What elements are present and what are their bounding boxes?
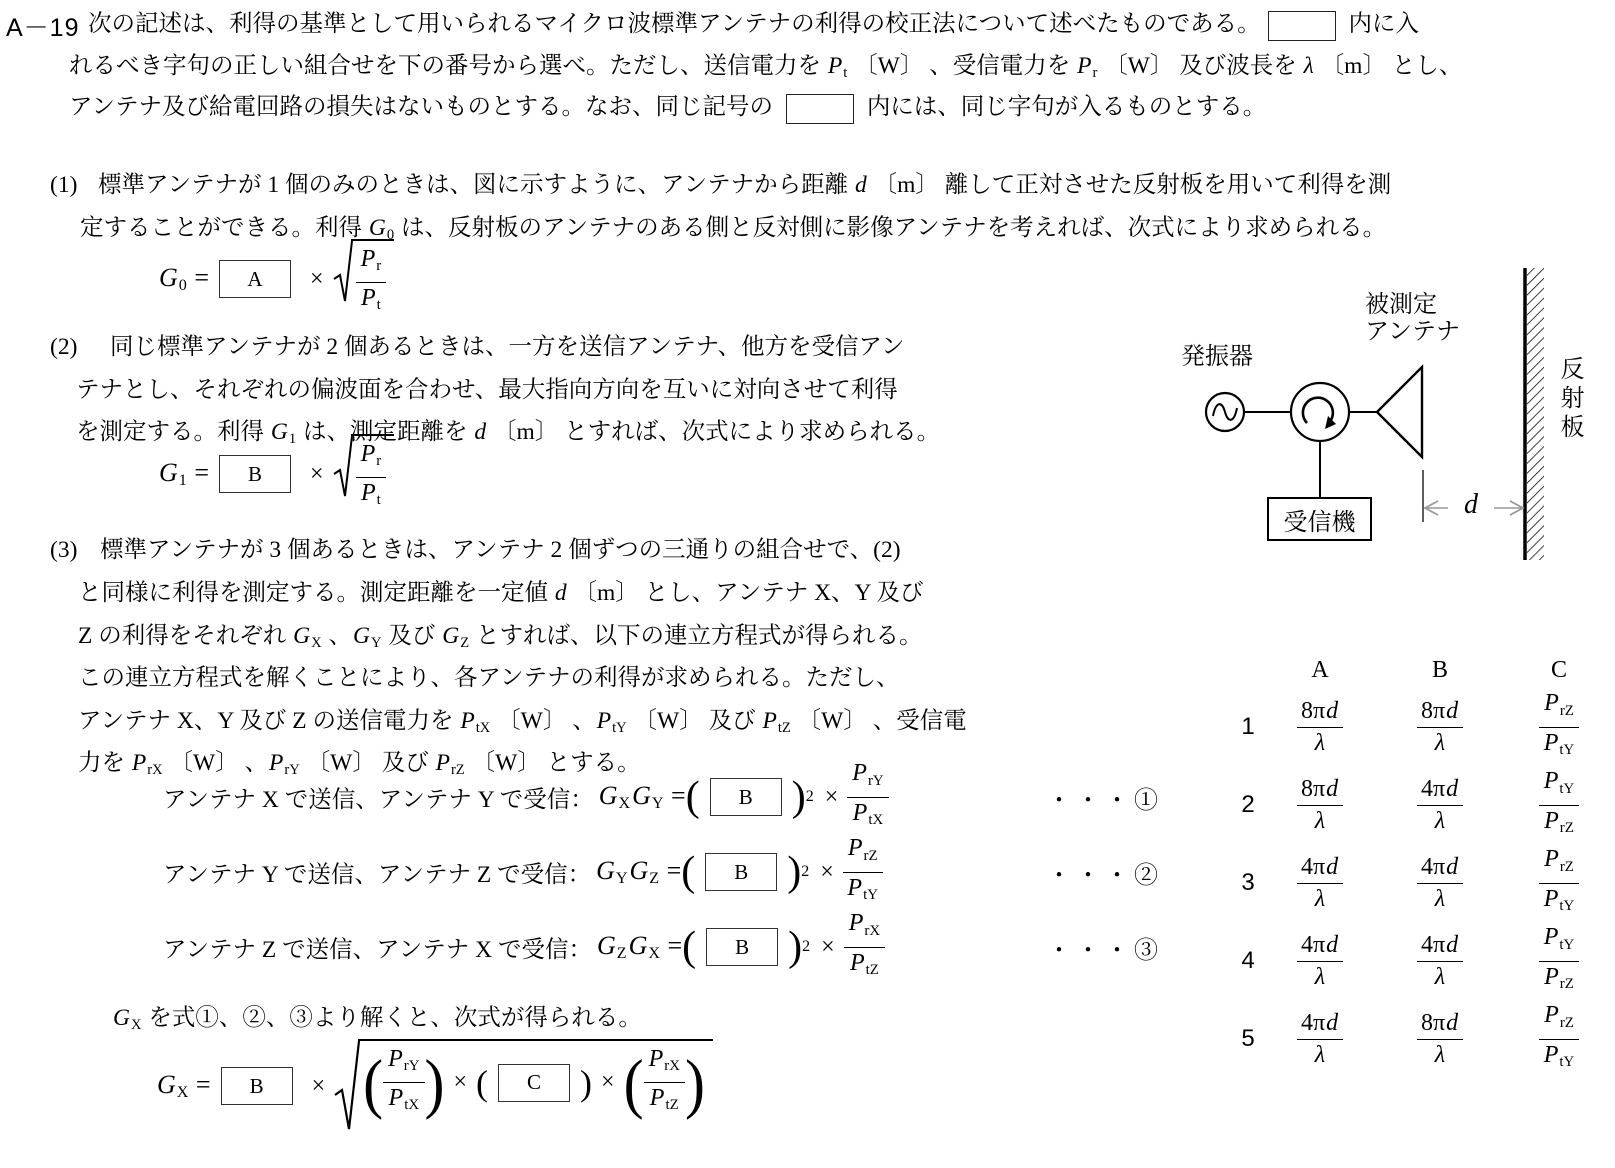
oscillator-label: 発振器 bbox=[1181, 344, 1253, 371]
item-3-line-1: 標準アンテナが 3 個あるときは、アンテナ 2 個ずつの三通りの組合せで、(2) bbox=[100, 535, 901, 565]
item-3-line-2: と同様に利得を測定する。測定距離を一定値 d 〔m〕 とし、アンテナ X、Y 及… bbox=[78, 578, 924, 608]
formula-g1-lhs: G1 = bbox=[158, 458, 209, 491]
sqrt-radical: Pr Pt bbox=[333, 434, 395, 514]
measurement-diagram: 発振器 被測定 アンテナ 受信機 反射板 d bbox=[1128, 258, 1615, 570]
answer-box-B: B bbox=[706, 928, 778, 966]
left-paren: ( bbox=[681, 851, 695, 893]
formula-gx-lhs: GX = bbox=[156, 1070, 211, 1103]
receiver-box: 受信機 bbox=[1267, 497, 1372, 541]
exponent-2: 2 bbox=[802, 938, 810, 956]
item-2-line-2: テナとし、それぞれの偏波面を合わせ、最大指向方向を互いに対向させて利得 bbox=[76, 375, 898, 405]
fraction-prx-ptz: PrX PtZ bbox=[644, 1046, 685, 1119]
right-paren: ) bbox=[580, 1065, 592, 1101]
times-sign: × bbox=[601, 1069, 615, 1096]
option-1-B: 8πdλ bbox=[1376, 688, 1504, 766]
left-paren: ( bbox=[682, 926, 696, 968]
answer-box-B: B bbox=[705, 853, 777, 891]
header-line-2: れるべき字句の正しい組合せを下の番号から選べ。ただし、送信電力を Pt 〔W〕 … bbox=[69, 51, 1462, 88]
option-4-B: 4πdλ bbox=[1376, 922, 1504, 1000]
fraction-pr-pt: Pr Pt bbox=[356, 246, 387, 319]
question-number: A－19 bbox=[6, 8, 79, 44]
right-paren: ) bbox=[425, 1049, 445, 1116]
left-paren: ( bbox=[363, 1049, 383, 1116]
option-1-C: PrZPtY bbox=[1504, 688, 1614, 766]
option-2-C: PtYPrZ bbox=[1504, 766, 1614, 844]
times-sign: × bbox=[825, 784, 839, 811]
times-sign: × bbox=[821, 934, 835, 961]
right-paren: ) bbox=[787, 851, 801, 893]
option-2-B: 4πdλ bbox=[1376, 766, 1504, 844]
equation-2-intro: アンテナ Y で送信、アンテナ Z で受信： bbox=[163, 855, 591, 889]
sine-wave-icon bbox=[1213, 404, 1237, 420]
reflector-hatch bbox=[1527, 268, 1544, 560]
left-paren: ( bbox=[686, 776, 700, 818]
equation-3-lhs: GZGX = bbox=[596, 931, 682, 964]
times-sign: × bbox=[820, 859, 834, 886]
fraction: PrY PtX bbox=[847, 760, 888, 833]
equation-1-intro: アンテナ X で送信、アンテナ Y で受信： bbox=[163, 780, 594, 814]
option-1-A: 8πdλ bbox=[1264, 688, 1376, 766]
times-sign: × bbox=[310, 461, 324, 488]
item-1-line-1: 標準アンテナが 1 個のみのときは、図に示すように、アンテナから距離 d 〔m〕… bbox=[98, 170, 1391, 200]
formula-g1: G1 = B × Pr Pt bbox=[158, 437, 394, 511]
solve-sentence: GX を式①、②、③より解くと、次式が得られる。 bbox=[112, 1003, 642, 1040]
item-1-number: (1) bbox=[50, 170, 77, 200]
item-3-line-5: アンテナ X、Y 及び Z の送信電力を PtX 〔W〕 、PtY 〔W〕 及び… bbox=[78, 706, 967, 743]
item-3-line-3: Z の利得をそれぞれ GX 、GY 及び GZ とすれば、以下の連立方程式が得ら… bbox=[78, 621, 923, 658]
fraction-pr-pt: Pr Pt bbox=[356, 441, 387, 514]
answer-box-A: A bbox=[219, 260, 291, 298]
column-header-C: C bbox=[1504, 652, 1614, 688]
right-paren: ) bbox=[788, 926, 802, 968]
equation-1: アンテナ X で送信、アンテナ Y で受信： GXGY = ( B ) 2 × … bbox=[163, 755, 1163, 839]
fraction: PrX PtZ bbox=[844, 910, 885, 983]
formula-g0-lhs: G0 = bbox=[158, 263, 209, 296]
formula-g0: G0 = A × Pr Pt bbox=[158, 242, 394, 316]
times-sign: × bbox=[453, 1069, 467, 1096]
option-3-C: PrZPtY bbox=[1504, 844, 1614, 922]
option-5-number: 5 bbox=[1232, 1000, 1264, 1078]
reflector-label: 反射板 bbox=[1552, 356, 1587, 443]
right-paren: ) bbox=[792, 776, 806, 818]
sqrt-radical: ( PrY PtX ) × ( C ) × ( PrX PtZ ) bbox=[334, 1039, 713, 1133]
exponent-2: 2 bbox=[801, 863, 809, 881]
answer-box-C: C bbox=[498, 1064, 570, 1102]
radical-sign-icon bbox=[333, 434, 353, 500]
equation-1-lhs: GXGY = bbox=[598, 781, 686, 814]
formula-gx-solution: GX = B × ( PrY PtX ) × ( C ) × ( Pr bbox=[156, 1036, 713, 1136]
right-paren: ) bbox=[685, 1049, 705, 1116]
times-sign: × bbox=[312, 1073, 326, 1100]
equation-2: アンテナ Y で送信、アンテナ Z で受信： GYGZ = ( B ) 2 × … bbox=[163, 830, 1163, 914]
option-4-A: 4πdλ bbox=[1264, 922, 1376, 1000]
answer-box-B: B bbox=[710, 778, 782, 816]
header-line-3: アンテナ及び給電回路の損失はないものとする。なお、同じ記号の 内には、同じ字句が… bbox=[69, 92, 1266, 124]
option-3-B: 4πdλ bbox=[1376, 844, 1504, 922]
option-3-number: 3 bbox=[1232, 844, 1264, 922]
exponent-2: 2 bbox=[806, 788, 814, 806]
answer-box-B: B bbox=[221, 1067, 293, 1105]
option-2-number: 2 bbox=[1232, 766, 1264, 844]
header-line-1: 次の記述は、利得の基準として用いられるマイクロ波標準アンテナの利得の校正法につい… bbox=[88, 9, 1419, 41]
answer-box-B: B bbox=[219, 455, 291, 493]
fraction-pry-ptx: PrY PtX bbox=[383, 1046, 424, 1119]
circulator-icon bbox=[1291, 383, 1349, 441]
column-header-A: A bbox=[1264, 652, 1376, 688]
item-3-number: (3) bbox=[50, 535, 77, 565]
option-5-A: 4πdλ bbox=[1264, 1000, 1376, 1078]
option-5-B: 8πdλ bbox=[1376, 1000, 1504, 1078]
option-4-number: 4 bbox=[1232, 922, 1264, 1000]
option-3-A: 4πdλ bbox=[1264, 844, 1376, 922]
times-sign: × bbox=[310, 266, 324, 293]
item-2-number: (2) bbox=[50, 332, 77, 362]
equation-3: アンテナ Z で送信、アンテナ X で受信： GZGX = ( B ) 2 × … bbox=[163, 905, 1163, 989]
distance-d-label: d bbox=[1448, 484, 1494, 526]
column-header-B: B bbox=[1376, 652, 1504, 688]
option-4-C: PtYPrZ bbox=[1504, 922, 1614, 1000]
option-1-number: 1 bbox=[1232, 688, 1264, 766]
left-paren: ( bbox=[476, 1065, 488, 1101]
item-2-line-1: 同じ標準アンテナが 2 個あるときは、一方を送信アンテナ、他方を受信アン bbox=[110, 332, 905, 362]
fraction: PrZ PtY bbox=[843, 835, 883, 908]
item-3-line-4: この連立方程式を解くことにより、各アンテナの利得が求められる。ただし、 bbox=[78, 663, 900, 693]
equation-3-intro: アンテナ Z で送信、アンテナ X で受信： bbox=[163, 930, 592, 964]
equation-1-tag: ・・・① bbox=[1047, 780, 1163, 815]
sqrt-radical: Pr Pt bbox=[333, 239, 395, 319]
option-2-A: 8πdλ bbox=[1264, 766, 1376, 844]
options-table: A B C 1 8πdλ 8πdλ PrZPtY 2 8πdλ 4πdλ PtY… bbox=[1232, 652, 1614, 1078]
radical-sign-icon bbox=[333, 239, 353, 305]
left-paren: ( bbox=[624, 1049, 644, 1116]
radical-sign-icon bbox=[334, 1039, 360, 1133]
equation-2-lhs: GYGZ = bbox=[595, 856, 681, 889]
equation-2-tag: ・・・② bbox=[1047, 855, 1163, 890]
equation-3-tag: ・・・③ bbox=[1047, 930, 1163, 965]
exam-page: A－19 次の記述は、利得の基準として用いられるマイクロ波標準アンテナの利得の校… bbox=[0, 0, 1615, 1168]
antenna-under-test-label: 被測定 アンテナ bbox=[1365, 292, 1460, 346]
horn-antenna-icon bbox=[1377, 367, 1422, 457]
option-5-C: PrZPtY bbox=[1504, 1000, 1614, 1078]
